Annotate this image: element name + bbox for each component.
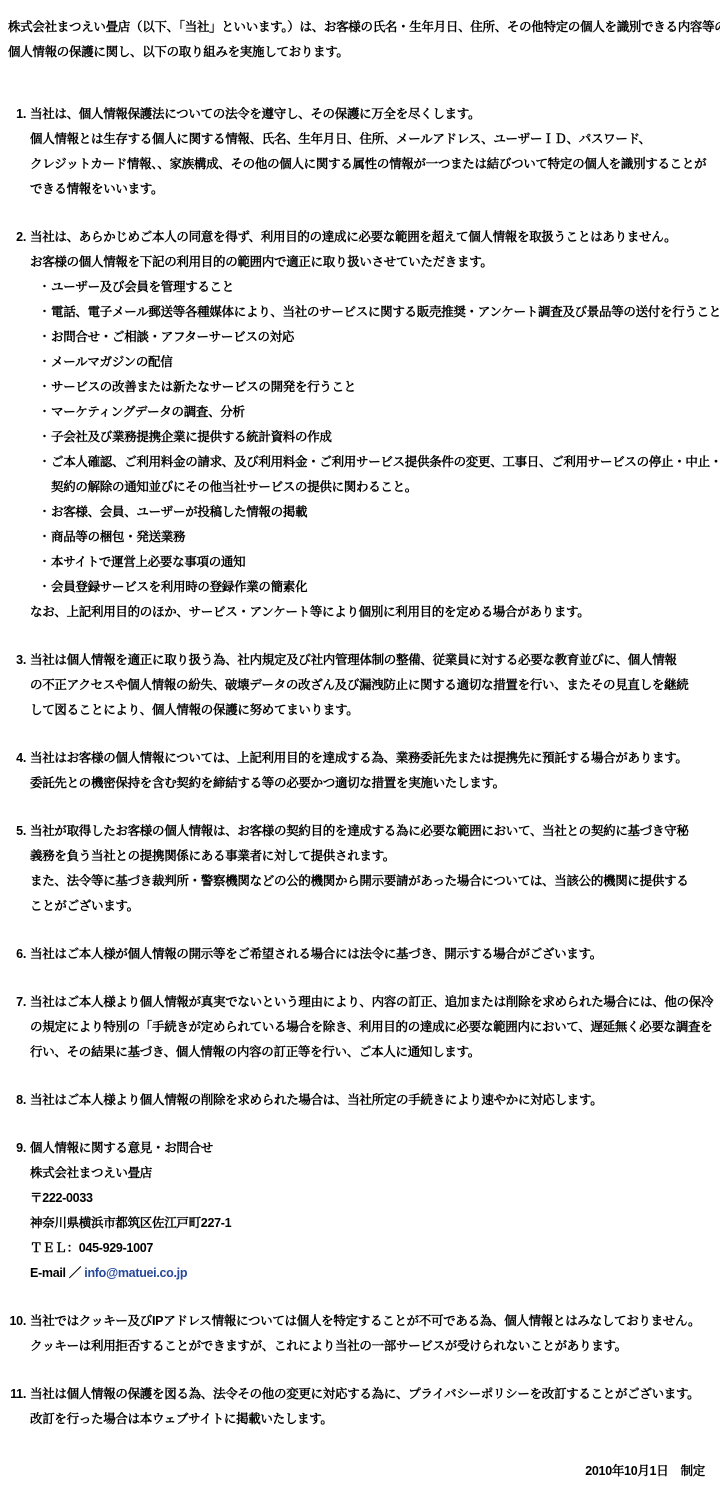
section-content: 当社は個人情報を適正に取り扱う為、社内規定及び社内管理体制の整備、従業員に対する… — [30, 648, 716, 723]
section-line: の不正アクセスや個人情報の紛失、破壊データの改ざん及び漏洩防止に関する適切な措置… — [30, 673, 716, 698]
section-number: 2. — [8, 225, 26, 625]
section-line: 〒222-0033 — [30, 1186, 716, 1211]
bullet-marker: ・ — [39, 375, 51, 400]
section-line: 当社は、個人情報保護法についての法令を遵守し、その保護に万全を尽くします。 — [30, 102, 716, 127]
bullet-content: マーケティングデータの調査、分析 — [51, 400, 716, 425]
bullet-marker: ・ — [39, 500, 51, 525]
bullet-content: サービスの改善または新たなサービスの開発を行うこと — [51, 375, 716, 400]
section-line: 神奈川県横浜市都筑区佐江戸町227-1 — [30, 1211, 716, 1236]
section-number: 6. — [8, 942, 26, 967]
bullet-item: ・メールマガジンの配信 — [30, 350, 716, 375]
bullet-content: 商品等の梱包・発送業務 — [51, 525, 716, 550]
intro-line: 株式会社まつえい畳店（以下、「当社」といいます。）は、お客様の氏名・生年月日、住… — [8, 15, 716, 40]
section-number: 7. — [8, 990, 26, 1065]
bullet-line: 電話、電子メール郵送等各種媒体により、当社のサービスに関する販売推奨・アンケート… — [51, 300, 716, 325]
section-9: 9.個人情報に関する意見・お問合せ株式会社まつえい畳店〒222-0033神奈川県… — [8, 1136, 716, 1286]
section-line: 当社はお客様の個人情報については、上記利用目的を達成する為、業務委託先または提携… — [30, 746, 716, 771]
section-8: 8.当社はご本人様より個人情報の削除を求められた場合は、当社所定の手続きにより速… — [8, 1088, 716, 1113]
bullet-content: ご本人確認、ご利用料金の請求、及び利用料金・ご利用サービス提供条件の変更、工事日… — [51, 450, 716, 500]
section-line: 行い、その結果に基づき、個人情報の内容の訂正等を行い、ご本人に通知します。 — [30, 1040, 716, 1065]
bullet-item: ・ご本人確認、ご利用料金の請求、及び利用料金・ご利用サービス提供条件の変更、工事… — [30, 450, 716, 500]
section-3: 3.当社は個人情報を適正に取り扱う為、社内規定及び社内管理体制の整備、従業員に対… — [8, 648, 716, 723]
bullet-line: メールマガジンの配信 — [51, 350, 716, 375]
bullet-line: お客様、会員、ユーザーが投稿した情報の掲載 — [51, 500, 716, 525]
bullet-marker: ・ — [39, 550, 51, 575]
section-line: して図ることにより、個人情報の保護に努めてまいります。 — [30, 698, 716, 723]
bullet-line: 契約の解除の通知並びにその他当社サービスの提供に関わること。 — [51, 475, 716, 500]
bullet-item: ・サービスの改善または新たなサービスの開発を行うこと — [30, 375, 716, 400]
bullet-marker: ・ — [39, 425, 51, 450]
section-4: 4.当社はお客様の個人情報については、上記利用目的を達成する為、業務委託先または… — [8, 746, 716, 796]
section-5: 5.当社が取得したお客様の個人情報は、お客様の契約目的を達成する為に必要な範囲に… — [8, 819, 716, 919]
section-10: 10.当社ではクッキー及びIPアドレス情報については個人を特定することが不可であ… — [8, 1309, 716, 1359]
section-7: 7.当社はご本人様より個人情報が真実でないという理由により、内容の訂正、追加また… — [8, 990, 716, 1065]
section-number: 9. — [8, 1136, 26, 1286]
bullet-item: ・マーケティングデータの調査、分析 — [30, 400, 716, 425]
section-line: できる情報をいいます。 — [30, 177, 716, 202]
section-content: 当社はご本人様が個人情報の開示等をご希望される場合には法令に基づき、開示する場合… — [30, 942, 716, 967]
section-line: 当社は個人情報を適正に取り扱う為、社内規定及び社内管理体制の整備、従業員に対する… — [30, 648, 716, 673]
bullet-content: 会員登録サービスを利用時の登録作業の簡素化 — [51, 575, 716, 600]
section-line: 当社はご本人様が個人情報の開示等をご希望される場合には法令に基づき、開示する場合… — [30, 942, 716, 967]
bullet-content: ユーザー及び会員を管理すること — [51, 275, 716, 300]
section-line: クッキーは利用拒否することができますが、これにより当社の一部サービスが受けられな… — [30, 1334, 716, 1359]
bullet-marker: ・ — [39, 325, 51, 350]
intro-line: 個人情報の保護に関し、以下の取り組みを実施しております。 — [8, 40, 716, 65]
bullet-marker: ・ — [39, 575, 51, 600]
section-line: また、法令等に基づき裁判所・警察機関などの公的機関から開示要請があった場合につい… — [30, 869, 716, 894]
section-content: 当社はご本人様より個人情報が真実でないという理由により、内容の訂正、追加または削… — [30, 990, 716, 1065]
section-line: 改訂を行った場合は本ウェブサイトに掲載いたします。 — [30, 1407, 716, 1432]
section-line: 株式会社まつえい畳店 — [30, 1161, 716, 1186]
section-content: 当社が取得したお客様の個人情報は、お客様の契約目的を達成する為に必要な範囲におい… — [30, 819, 716, 919]
bullet-item: ・本サイトで運営上必要な事項の通知 — [30, 550, 716, 575]
bullet-marker: ・ — [39, 350, 51, 375]
section-line: 当社は個人情報の保護を図る為、法令その他の変更に対応する為に、プライバシーポリシ… — [30, 1382, 716, 1407]
section-line: の規定により特別の「手続きが定められている場合を除き、利用目的の達成に必要な範囲… — [30, 1015, 716, 1040]
email-link[interactable]: info@matuei.co.jp — [84, 1266, 187, 1280]
email-prefix: E-mail ／ — [30, 1266, 84, 1280]
section-content: 当社ではクッキー及びIPアドレス情報については個人を特定することが不可である為、… — [30, 1309, 716, 1359]
section-content: 当社はお客様の個人情報については、上記利用目的を達成する為、業務委託先または提携… — [30, 746, 716, 796]
section-line: 委託先との機密保持を含む契約を締結する等の必要かつ適切な措置を実施いたします。 — [30, 771, 716, 796]
section-content: 当社は個人情報の保護を図る為、法令その他の変更に対応する為に、プライバシーポリシ… — [30, 1382, 716, 1432]
bullet-content: 電話、電子メール郵送等各種媒体により、当社のサービスに関する販売推奨・アンケート… — [51, 300, 716, 325]
bullet-content: メールマガジンの配信 — [51, 350, 716, 375]
bullet-item: ・子会社及び業務提携企業に提供する統計資料の作成 — [30, 425, 716, 450]
bullet-line: 子会社及び業務提携企業に提供する統計資料の作成 — [51, 425, 716, 450]
section-number: 8. — [8, 1088, 26, 1113]
bullet-line: ユーザー及び会員を管理すること — [51, 275, 716, 300]
section-number: 11. — [8, 1382, 26, 1432]
bullet-marker: ・ — [39, 450, 51, 500]
bullet-line: お問合せ・ご相談・アフターサービスの対応 — [51, 325, 716, 350]
section-line: 当社はご本人様より個人情報が真実でないという理由により、内容の訂正、追加または削… — [30, 990, 716, 1015]
bullet-line: ご本人確認、ご利用料金の請求、及び利用料金・ご利用サービス提供条件の変更、工事日… — [51, 450, 716, 475]
section-11: 11.当社は個人情報の保護を図る為、法令その他の変更に対応する為に、プライバシー… — [8, 1382, 716, 1432]
section-number: 1. — [8, 102, 26, 202]
section-number: 5. — [8, 819, 26, 919]
section-number: 4. — [8, 746, 26, 796]
bullet-content: 子会社及び業務提携企業に提供する統計資料の作成 — [51, 425, 716, 450]
bullet-item: ・会員登録サービスを利用時の登録作業の簡素化 — [30, 575, 716, 600]
section-content: 個人情報に関する意見・お問合せ株式会社まつえい畳店〒222-0033神奈川県横浜… — [30, 1136, 716, 1286]
bullet-content: 本サイトで運営上必要な事項の通知 — [51, 550, 716, 575]
section-content: 当社はご本人様より個人情報の削除を求められた場合は、当社所定の手続きにより速やか… — [30, 1088, 716, 1113]
bullet-line: 本サイトで運営上必要な事項の通知 — [51, 550, 716, 575]
bullet-content: お問合せ・ご相談・アフターサービスの対応 — [51, 325, 716, 350]
bullet-item: ・商品等の梱包・発送業務 — [30, 525, 716, 550]
bullet-item: ・電話、電子メール郵送等各種媒体により、当社のサービスに関する販売推奨・アンケー… — [30, 300, 716, 325]
section-content: 当社は、個人情報保護法についての法令を遵守し、その保護に万全を尽くします。個人情… — [30, 102, 716, 202]
section-line: ことがございます。 — [30, 894, 716, 919]
section-number: 10. — [8, 1309, 26, 1359]
section-line: 個人情報とは生存する個人に関する情報、氏名、生年月日、住所、メールアドレス、ユー… — [30, 127, 716, 152]
enactment-date: 2010年10月1日 制定 — [8, 1459, 716, 1484]
intro-paragraph: 株式会社まつえい畳店（以下、「当社」といいます。）は、お客様の氏名・生年月日、住… — [8, 15, 716, 65]
section-2: 2.当社は、あらかじめご本人の同意を得ず、利用目的の達成に必要な範囲を超えて個人… — [8, 225, 716, 625]
section-note-line: なお、上記利用目的のほか、サービス・アンケート等により個別に利用目的を定める場合… — [30, 600, 716, 625]
email-line: E-mail ／ info@matuei.co.jp — [30, 1261, 716, 1286]
section-6: 6.当社はご本人様が個人情報の開示等をご希望される場合には法令に基づき、開示する… — [8, 942, 716, 967]
section-content: 当社は、あらかじめご本人の同意を得ず、利用目的の達成に必要な範囲を超えて個人情報… — [30, 225, 716, 625]
bullet-line: 会員登録サービスを利用時の登録作業の簡素化 — [51, 575, 716, 600]
bullet-item: ・お客様、会員、ユーザーが投稿した情報の掲載 — [30, 500, 716, 525]
bullet-item: ・ユーザー及び会員を管理すること — [30, 275, 716, 300]
bullet-line: 商品等の梱包・発送業務 — [51, 525, 716, 550]
bullet-line: サービスの改善または新たなサービスの開発を行うこと — [51, 375, 716, 400]
section-1: 1.当社は、個人情報保護法についての法令を遵守し、その保護に万全を尽くします。個… — [8, 102, 716, 202]
section-line: 当社が取得したお客様の個人情報は、お客様の契約目的を達成する為に必要な範囲におい… — [30, 819, 716, 844]
section-line: クレジットカード情報、、家族構成、その他の個人に関する属性の情報が一つまたは結び… — [30, 152, 716, 177]
bullet-marker: ・ — [39, 300, 51, 325]
section-line: 義務を負う当社との提携関係にある事業者に対して提供されます。 — [30, 844, 716, 869]
bullet-line: マーケティングデータの調査、分析 — [51, 400, 716, 425]
section-line: お客様の個人情報を下記の利用目的の範囲内で適正に取り扱いさせていただきます。 — [30, 250, 716, 275]
bullet-marker: ・ — [39, 275, 51, 300]
privacy-policy-document: 株式会社まつえい畳店（以下、「当社」といいます。）は、お客様の氏名・生年月日、住… — [0, 0, 720, 1510]
bullet-marker: ・ — [39, 525, 51, 550]
section-line: 当社ではクッキー及びIPアドレス情報については個人を特定することが不可である為、… — [30, 1309, 716, 1334]
section-line: 個人情報に関する意見・お問合せ — [30, 1136, 716, 1161]
section-line: 当社は、あらかじめご本人の同意を得ず、利用目的の達成に必要な範囲を超えて個人情報… — [30, 225, 716, 250]
section-line: ＴＥＬ：045-929-1007 — [30, 1236, 716, 1261]
section-number: 3. — [8, 648, 26, 723]
bullet-content: お客様、会員、ユーザーが投稿した情報の掲載 — [51, 500, 716, 525]
section-line: 当社はご本人様より個人情報の削除を求められた場合は、当社所定の手続きにより速やか… — [30, 1088, 716, 1113]
bullet-marker: ・ — [39, 400, 51, 425]
sections: 1.当社は、個人情報保護法についての法令を遵守し、その保護に万全を尽くします。個… — [8, 102, 716, 1432]
bullet-item: ・お問合せ・ご相談・アフターサービスの対応 — [30, 325, 716, 350]
